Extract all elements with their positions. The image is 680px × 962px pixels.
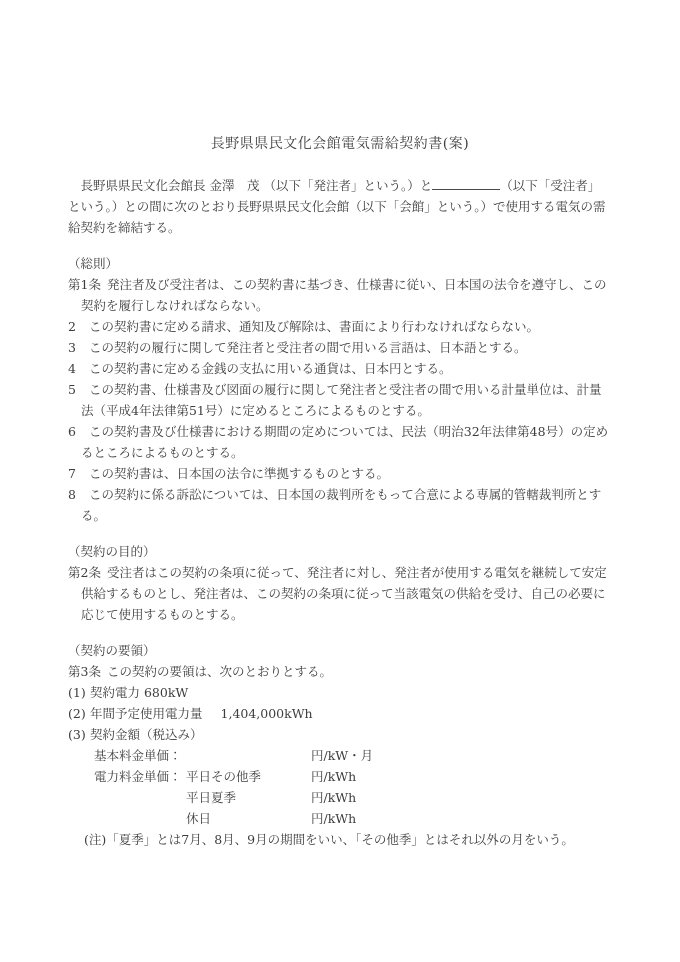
clause-label: 第1条 [68, 277, 101, 292]
clause-text: この契約書及び仕様書における期間の定めについては、民法（明治32年法律第48号）… [81, 424, 608, 460]
item-text: 契約金額（税込み） [90, 727, 203, 742]
clause-label: 第3条 [68, 664, 101, 679]
item-value: 1,404,000kWh [221, 706, 313, 721]
item-text: 年間予定使用電力量 [90, 706, 203, 721]
clause-label: 3 [68, 337, 83, 358]
price-row-basic-rate: 基本料金単価： 円/kW・月 [94, 745, 612, 766]
clause-1-2: 2この契約書に定める請求、通知及び解除は、書面により行わなければならない。 [68, 316, 612, 337]
item-label: (1) [68, 682, 90, 703]
clause-text: 発注者及び受注者は、この契約書に基づき、仕様書に従い、日本国の法令を遵守し、この… [81, 277, 606, 313]
clause-text: この契約書、仕様書及び図面の履行に関して発注者と受注者の間で用いる計量単位は、計… [81, 382, 602, 418]
clause-article-2: 第2条受注者はこの契約の条項に従って、発注者に対し、発注者が使用する電気を継続し… [68, 562, 612, 625]
clause-1-5: 5この契約書、仕様書及び図面の履行に関して発注者と受注者の間で用いる計量単位は、… [68, 379, 612, 421]
price-row-energy-rate-other-season: 電力料金単価： 平日その他季 円/kWh [94, 766, 612, 787]
clause-1-6: 6この契約書及び仕様書における期間の定めについては、民法（明治32年法律第48号… [68, 421, 612, 463]
item-label: (3) [68, 724, 90, 745]
price-season: 平日その他季 [186, 766, 311, 787]
section-heading: （総則） [68, 253, 612, 274]
price-season: 平日夏季 [186, 787, 311, 808]
document-title: 長野県県民文化会館電気需給契約書(案) [68, 133, 612, 155]
clause-label: 6 [68, 421, 83, 442]
clause-text: この契約の要領は、次のとおりとする。 [107, 664, 332, 679]
item-text: 契約電力 680kW [90, 685, 188, 700]
price-unit: 円/kWh [311, 766, 356, 787]
clause-text: この契約に係る訴訟については、日本国の裁判所をもって合意による専属的管轄裁判所と… [81, 487, 601, 523]
clause-article-1: 第1条発注者及び受注者は、この契約書に基づき、仕様書に従い、日本国の法令を遵守し… [68, 274, 612, 316]
clause-text: この契約の履行に関して発注者と受注者の間で用いる言語は、日本語とする。 [89, 340, 527, 355]
clause-label: 7 [68, 463, 83, 484]
clause-label: 8 [68, 484, 83, 505]
price-row-energy-rate-holiday: 休日 円/kWh [94, 808, 612, 829]
outline-item-contract-amount: (3)契約金額（税込み） [68, 724, 612, 745]
clause-1-4: 4この契約書に定める金銭の支払に用いる通貨は、日本円とする。 [68, 358, 612, 379]
price-label [94, 808, 186, 829]
section-contract-purpose: （契約の目的） 第2条受注者はこの契約の条項に従って、発注者に対し、発注者が使用… [68, 541, 612, 625]
price-season: 休日 [186, 808, 311, 829]
preamble-paragraph: 長野県県民文化会館長 金澤 茂 （以下「発注者」という。）と（以下「受注者」とい… [68, 175, 612, 238]
price-unit: 円/kWh [311, 808, 356, 829]
clause-text: この契約書は、日本国の法令に準拠するものとする。 [89, 466, 389, 481]
price-season [186, 745, 311, 766]
section-general-provisions: （総則） 第1条発注者及び受注者は、この契約書に基づき、仕様書に従い、日本国の法… [68, 253, 612, 526]
preamble-lead: 長野県県民文化会館長 金澤 茂 （以下「発注者」という。）と [81, 178, 433, 193]
price-label: 電力料金単価： [94, 766, 186, 787]
price-label [94, 787, 186, 808]
clause-1-3: 3この契約の履行に関して発注者と受注者の間で用いる言語は、日本語とする。 [68, 337, 612, 358]
clause-text: この契約書に定める金銭の支払に用いる通貨は、日本円とする。 [89, 361, 452, 376]
contractor-name-blank [432, 177, 500, 191]
contract-document-page: 長野県県民文化会館電気需給契約書(案) 長野県県民文化会館長 金澤 茂 （以下「… [0, 0, 680, 962]
price-row-energy-rate-summer: 平日夏季 円/kWh [94, 787, 612, 808]
section-contract-outline: （契約の要領） 第3条この契約の要領は、次のとおりとする。 (1)契約電力 68… [68, 640, 612, 850]
clause-text: 受注者はこの契約の条項に従って、発注者に対し、発注者が使用する電気を継続して安定… [81, 565, 607, 622]
outline-item-contract-power: (1)契約電力 680kW [68, 682, 612, 703]
outline-item-annual-usage: (2)年間予定使用電力量1,404,000kWh [68, 703, 612, 724]
season-definition-note: (注)「夏季」とは7月、8月、9月の期間をいい、「その他季」とはそれ以外の月をい… [84, 829, 612, 850]
section-heading: （契約の目的） [68, 541, 612, 562]
price-unit: 円/kW・月 [311, 745, 373, 766]
clause-label: 4 [68, 358, 83, 379]
clause-1-8: 8この契約に係る訴訟については、日本国の裁判所をもって合意による専属的管轄裁判所… [68, 484, 612, 526]
clause-1-7: 7この契約書は、日本国の法令に準拠するものとする。 [68, 463, 612, 484]
clause-article-3: 第3条この契約の要領は、次のとおりとする。 [68, 661, 612, 682]
item-label: (2) [68, 703, 90, 724]
section-heading: （契約の要領） [68, 640, 612, 661]
price-label: 基本料金単価： [94, 745, 186, 766]
clause-label: 第2条 [68, 565, 101, 580]
clause-text: この契約書に定める請求、通知及び解除は、書面により行わなければならない。 [89, 319, 539, 334]
clause-label: 2 [68, 316, 83, 337]
price-unit: 円/kWh [311, 787, 356, 808]
clause-label: 5 [68, 379, 83, 400]
